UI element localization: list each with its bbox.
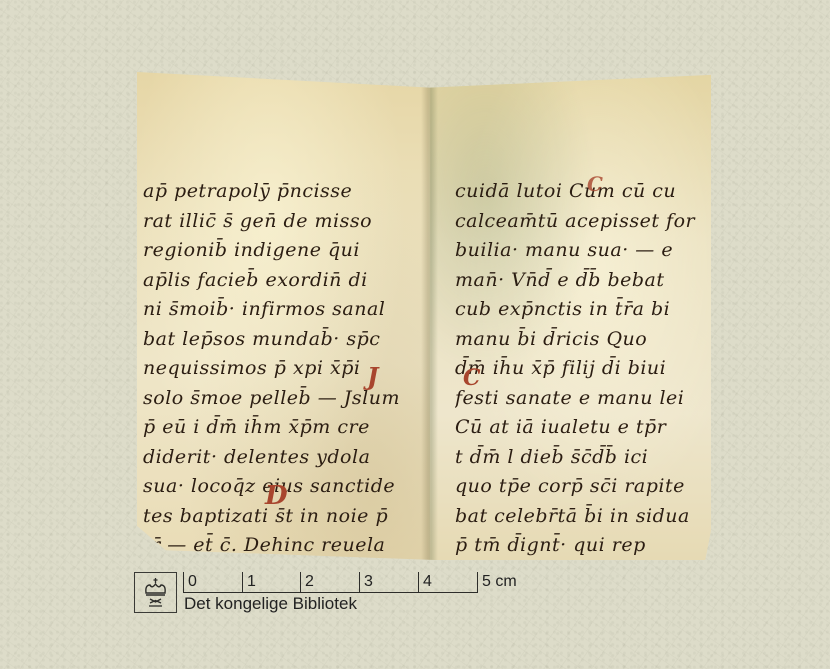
scale-ruler: 0 1 2 3 4 5 cm xyxy=(183,572,483,594)
tick-label-1: 1 xyxy=(247,573,256,591)
institution-name: Det kongelige Bibliotek xyxy=(184,594,357,614)
manuscript-line: festi sanate e manu lei xyxy=(455,384,707,414)
tick-4 xyxy=(418,572,419,593)
manuscript-line: p̄ tm̄ d̄ignt̄· qui rep xyxy=(455,531,707,561)
manuscript-line: te· tolleteb q̄z eū muls xyxy=(455,620,707,650)
manuscript-line: builia· manu sua· — e xyxy=(455,236,707,266)
tick-2 xyxy=(300,572,301,593)
tick-0 xyxy=(183,572,184,593)
crown-icon xyxy=(135,573,176,612)
manuscript-line: bat celebr̄tā b̄i in sidua xyxy=(455,502,707,532)
tick-label-5: 5 cm xyxy=(482,573,517,591)
manuscript-line: ni s̄moib̄· infirmos sanal xyxy=(143,295,423,325)
manuscript-line: nequissimos p̄ xpi x̄p̄i xyxy=(143,354,423,384)
ruler-baseline xyxy=(183,592,478,593)
manuscript-line: p̄ eū i d̄m̄ ih̄m x̄p̄m cre xyxy=(143,413,423,443)
red-initial-d: D xyxy=(265,481,288,511)
left-text-column: ap̄ petrapolȳ p̄ncisserat illic̄ s̄ gen… xyxy=(143,177,423,620)
manuscript-line: cuidā lutoi Cum cū cu xyxy=(455,177,707,207)
manuscript-fragment: ap̄ petrapolȳ p̄ncisserat illic̄ s̄ gen… xyxy=(137,72,711,560)
manuscript-line: t d̄m̄ l dieb̄ s̄c̄d̄b̄ ici xyxy=(455,443,707,473)
manuscript-line: calceam̄tū acepisset for xyxy=(455,207,707,237)
manuscript-line: man̄· Vn̄d̄ e d̄b̄ bebat xyxy=(455,266,707,296)
tick-1 xyxy=(242,572,243,593)
manuscript-line: tr̄ — et̄ c̄. Dehinc reuela xyxy=(143,531,423,561)
manuscript-line: ap̄lis facieb̄ exordin̄ di xyxy=(143,266,423,296)
tick-label-0: 0 xyxy=(188,573,197,591)
tick-label-3: 3 xyxy=(364,573,373,591)
manuscript-line: solo s̄moe pelleb̄ — Jslum xyxy=(143,384,423,414)
manuscript-line: regionib̄ indigene q̄ui xyxy=(143,236,423,266)
tick-label-2: 2 xyxy=(305,573,314,591)
manuscript-line: Cū at iā iualetu e tp̄r xyxy=(455,413,707,443)
tick-5 xyxy=(477,572,478,593)
manuscript-line: rat illic̄ s̄ gen̄ de misso xyxy=(143,207,423,237)
manuscript-line: quo tp̄e corp̄ sc̄i rapite xyxy=(455,472,707,502)
manuscript-line: cub exp̄nctis in t̄r̄a bi xyxy=(455,295,707,325)
manuscript-line: geltaty sanctissima c xyxy=(455,590,707,620)
manuscript-line: d̄m̄ ih̄u x̄p̄ filij d̄i biui xyxy=(455,354,707,384)
red-initial-j: J xyxy=(367,362,378,391)
manuscript-line: bat lep̄sos mundab̄· sp̄c xyxy=(143,325,423,355)
red-initial-c: C xyxy=(463,365,481,391)
tick-label-4: 4 xyxy=(423,573,432,591)
manuscript-line: ap̄ petrapolȳ p̄ncisse xyxy=(143,177,423,207)
library-logo xyxy=(134,572,177,613)
tick-3 xyxy=(359,572,360,593)
red-mark-c: C xyxy=(587,172,603,196)
gutter-fold xyxy=(421,72,438,560)
manuscript-line: diderit· delentes ydola xyxy=(143,443,423,473)
manuscript-line: manu b̄i d̄ricis Quo xyxy=(455,325,707,355)
